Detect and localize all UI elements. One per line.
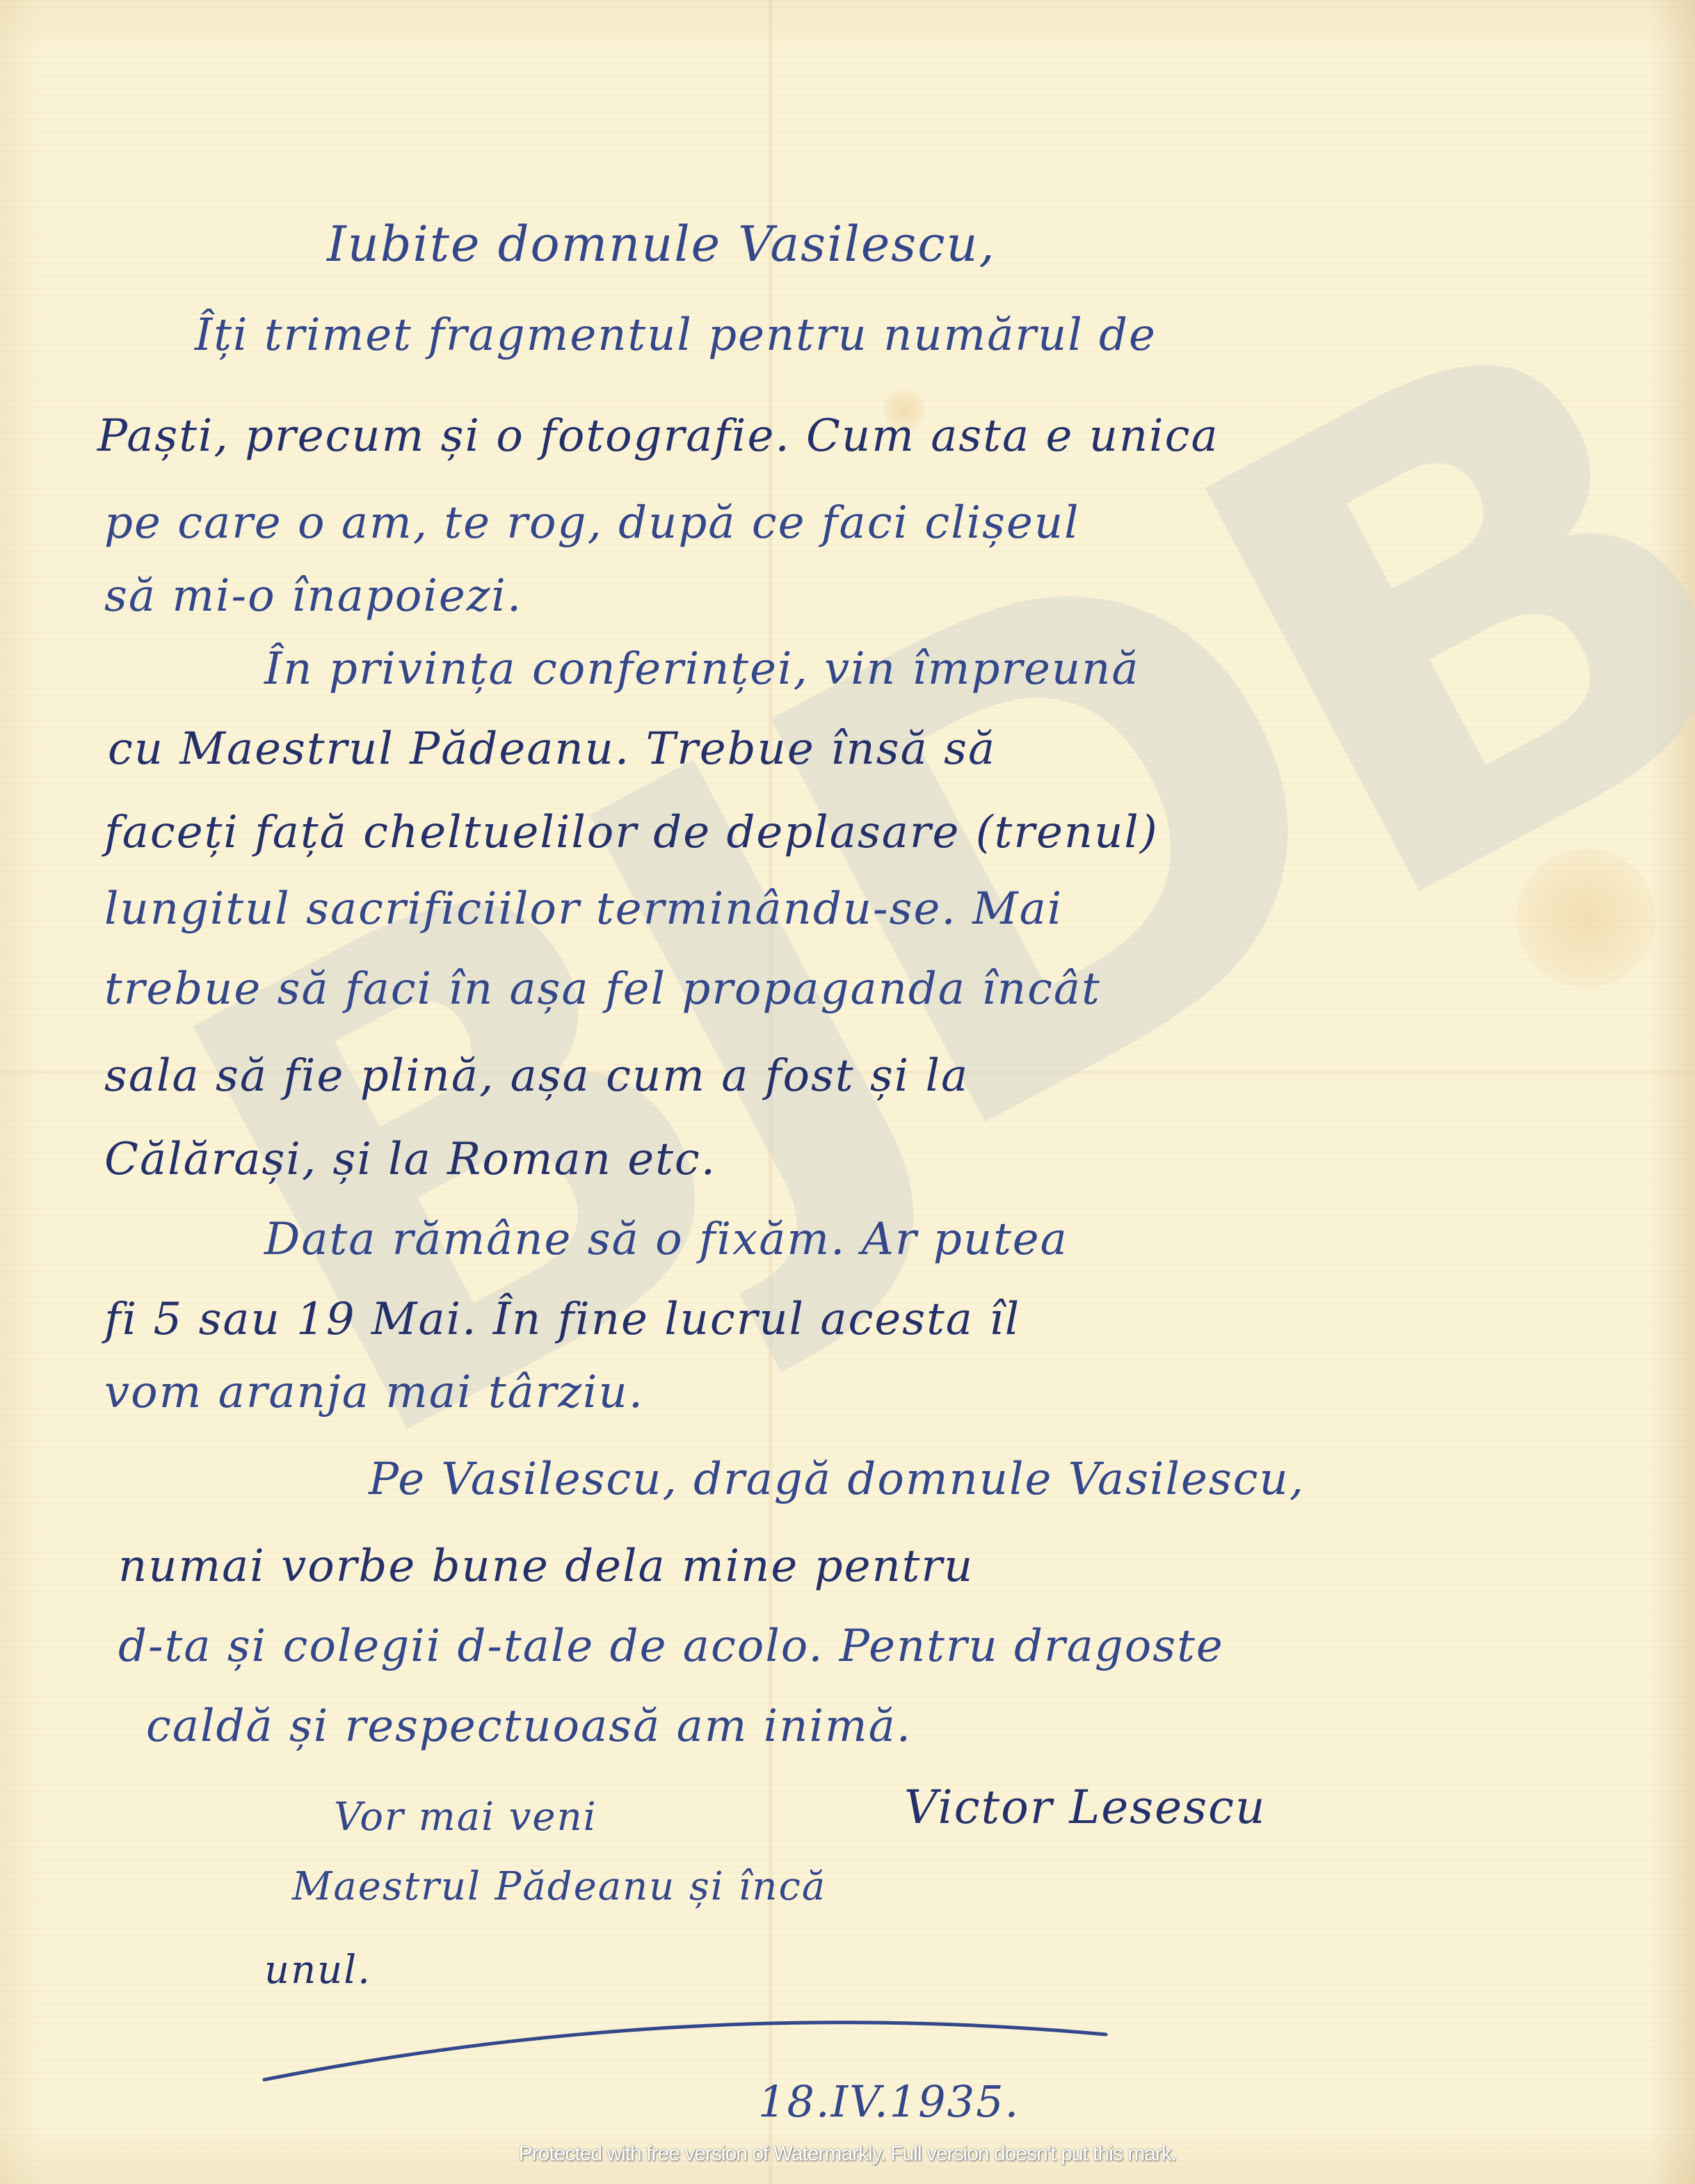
letter-line: trebue să faci în așa fel propaganda înc… xyxy=(104,963,1101,1015)
signature: Victor Lesescu xyxy=(904,1781,1267,1834)
letter-line: Data rămâne să o fixăm. Ar putea xyxy=(264,1214,1068,1265)
postscript-line: unul. xyxy=(264,1948,371,1993)
letter-line: Călărași, și la Roman etc. xyxy=(104,1134,716,1185)
letter-line: d-ta și colegii d-tale de acolo. Pentru … xyxy=(118,1621,1224,1672)
letter-line: numai vorbe bune dela mine pentru xyxy=(118,1541,974,1592)
letter-line: lungitul sacrificiilor terminându-se. Ma… xyxy=(104,883,1063,935)
postscript-line: Maestrul Pădeanu și încă xyxy=(292,1864,826,1909)
letter-line: faceți față cheltuelilor de deplasare (t… xyxy=(104,807,1159,858)
letter-line: cu Maestrul Pădeanu. Trebue însă să xyxy=(108,723,996,775)
letter-line: sala să fie plină, așa cum a fost și la xyxy=(104,1050,969,1102)
letter-line: Paști, precum și o fotografie. Cum asta … xyxy=(97,410,1219,462)
letter-line: În privința conferinței, vin împreună xyxy=(264,643,1140,695)
letter-line: Îți trimet fragmentul pentru numărul de xyxy=(195,310,1157,361)
letter-date: 18.IV.1935. xyxy=(758,2076,1020,2127)
letter-line: să mi-o înapoiezi. xyxy=(104,570,522,622)
watermarkly-footer-notice: Protected with free version of Watermark… xyxy=(0,2142,1695,2166)
letter-line: fi 5 sau 19 Mai. În fine lucrul acesta î… xyxy=(104,1294,1020,1345)
postscript-line: Vor mai veni xyxy=(334,1794,597,1840)
letter-line: vom aranja mai târziu. xyxy=(104,1367,644,1418)
letter-line: Pe Vasilescu, dragă domnule Vasilescu, xyxy=(369,1454,1305,1505)
salutation: Iubite domnule Vasilescu, xyxy=(327,216,996,273)
closing-flourish-line xyxy=(257,2003,1113,2087)
letter-line: caldă și respectuoasă am inimă. xyxy=(146,1701,912,1752)
letter-line: pe care o am, te rog, după ce faci clișe… xyxy=(104,497,1080,549)
